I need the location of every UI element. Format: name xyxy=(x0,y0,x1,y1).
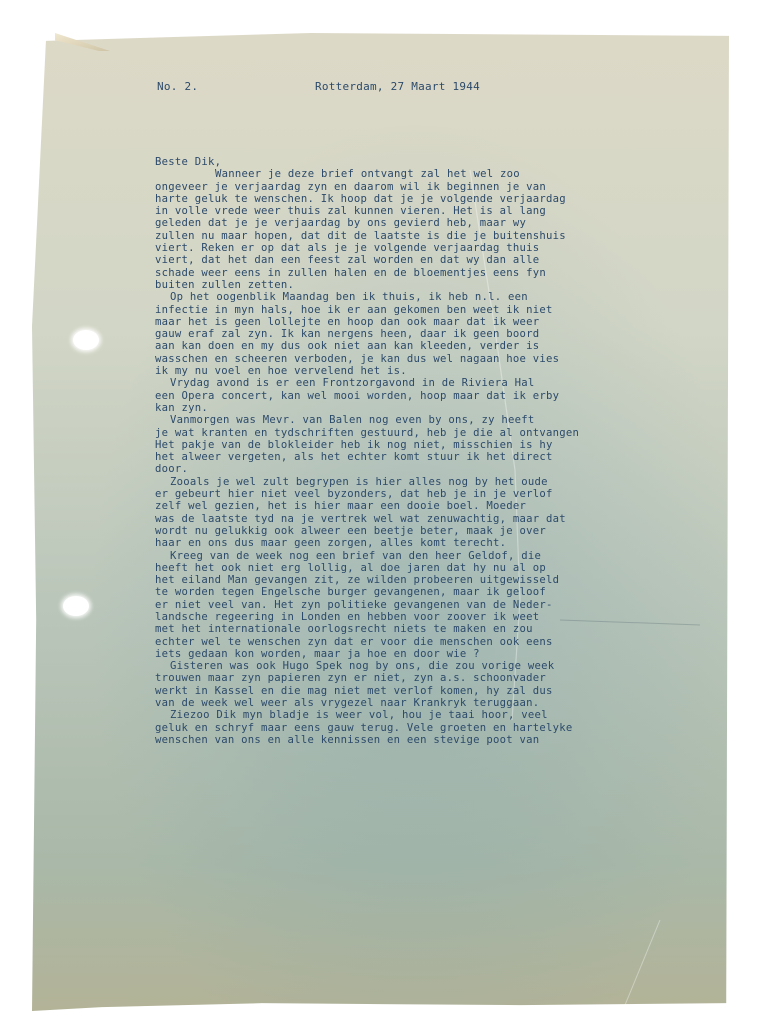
letter-line: viert. Reken er op dat als je je volgend… xyxy=(155,242,579,254)
letter-line: was de laatste tyd na je vertrek wel wat… xyxy=(155,513,579,525)
letter-line: Vrydag avond is er een Frontzorgavond in… xyxy=(155,377,579,389)
letter-line: haar en ons dus maar geen zorgen, alles … xyxy=(155,537,579,549)
letter-line: geluk en schryf maar eens gauw terug. Ve… xyxy=(155,722,579,734)
place-date: Rotterdam, 27 Maart 1944 xyxy=(315,80,480,93)
letter-line: Vanmorgen was Mevr. van Balen nog even b… xyxy=(155,414,579,426)
letter-body: Beste Dik,Wanneer je deze brief ontvangt… xyxy=(155,156,579,746)
letter-line: zullen nu maar hopen, dat dit de laatste… xyxy=(155,230,579,242)
letter-line: met het internationale oorlogsrecht niet… xyxy=(155,623,579,635)
letter-line: er gebeurt hier niet veel byzonders, dat… xyxy=(155,488,579,500)
letter-line: ongeveer je verjaardag zyn en daarom wil… xyxy=(155,181,579,193)
letter-line: kan zyn. xyxy=(155,402,579,414)
letter-line: geleden dat je je verjaardag by ons gevi… xyxy=(155,217,579,229)
letter-line: Wanneer je deze brief ontvangt zal het w… xyxy=(155,168,579,180)
letter-line: heeft het ook niet erg lollig, al doe ja… xyxy=(155,562,579,574)
letter-header: No. 2. Rotterdam, 27 Maart 1944 xyxy=(155,80,715,94)
letter-line: Kreeg van de week nog een brief van den … xyxy=(155,550,579,562)
letter-line: trouwen maar zyn papieren zyn er niet, z… xyxy=(155,672,579,684)
letter-line: het alweer vergeten, als het echter komt… xyxy=(155,451,579,463)
letter-line: viert, dat het dan een feest zal worden … xyxy=(155,254,579,266)
letter-line: echter wel te wenschen zyn dat er voor d… xyxy=(155,636,579,648)
letter-line: schade weer eens in zullen halen en de b… xyxy=(155,267,579,279)
letter-line: het eiland Man gevangen zit, ze wilden p… xyxy=(155,574,579,586)
letter-line: landsche regeering in Londen en hebben v… xyxy=(155,611,579,623)
letter-line: buiten zullen zetten. xyxy=(155,279,579,291)
letter-line: werkt in Kassel en die mag niet met verl… xyxy=(155,685,579,697)
letter-line: infectie in myn hals, hoe ik er aan geko… xyxy=(155,304,579,316)
letter-line: wasschen en scheeren verboden, je kan du… xyxy=(155,353,579,365)
letter-line: zelf wel gezien, het is hier maar een do… xyxy=(155,500,579,512)
letter-line: Op het oogenblik Maandag ben ik thuis, i… xyxy=(155,291,579,303)
letter-line: maar het is geen lollejte en hoop dan oo… xyxy=(155,316,579,328)
letter-line: Zooals je wel zult begrypen is hier alle… xyxy=(155,476,579,488)
punch-hole-top xyxy=(73,330,99,350)
letter-number: No. 2. xyxy=(157,80,198,93)
letter-line: te worden tegen Engelsche burger gevange… xyxy=(155,586,579,598)
letter-line: er niet veel van. Het zyn politieke geva… xyxy=(155,599,579,611)
letter-line: door. xyxy=(155,463,579,475)
punch-hole-bottom xyxy=(63,596,89,616)
letter-line: ik my nu voel en hoe vervelend het is. xyxy=(155,365,579,377)
letter-line: wordt nu gelukkig ook alweer een beetje … xyxy=(155,525,579,537)
letter-line: gauw eraf zal zyn. Ik kan nergens heen, … xyxy=(155,328,579,340)
letter-line: in volle vrede weer thuis zal kunnen vie… xyxy=(155,205,579,217)
letter-line: Ziezoo Dik myn bladje is weer vol, hou j… xyxy=(155,709,579,721)
letter-line: aan kan doen en my dus ook niet aan kan … xyxy=(155,340,579,352)
letter-line: iets gedaan kon worden, maar ja hoe en d… xyxy=(155,648,579,660)
letter-line: Het pakje van de blokleider heb ik nog n… xyxy=(155,439,579,451)
letter-line: Beste Dik, xyxy=(155,156,579,168)
letter-line: harte geluk te wenschen. Ik hoop dat je … xyxy=(155,193,579,205)
letter-line: een Opera concert, kan wel mooi worden, … xyxy=(155,390,579,402)
letter-line: wenschen van ons en alle kennissen en ee… xyxy=(155,734,579,746)
letter-line: van de week wel weer als vrygezel naar K… xyxy=(155,697,579,709)
letter-line: Gisteren was ook Hugo Spek nog by ons, d… xyxy=(155,660,579,672)
letter-line: je wat kranten en tydschriften gestuurd,… xyxy=(155,427,579,439)
